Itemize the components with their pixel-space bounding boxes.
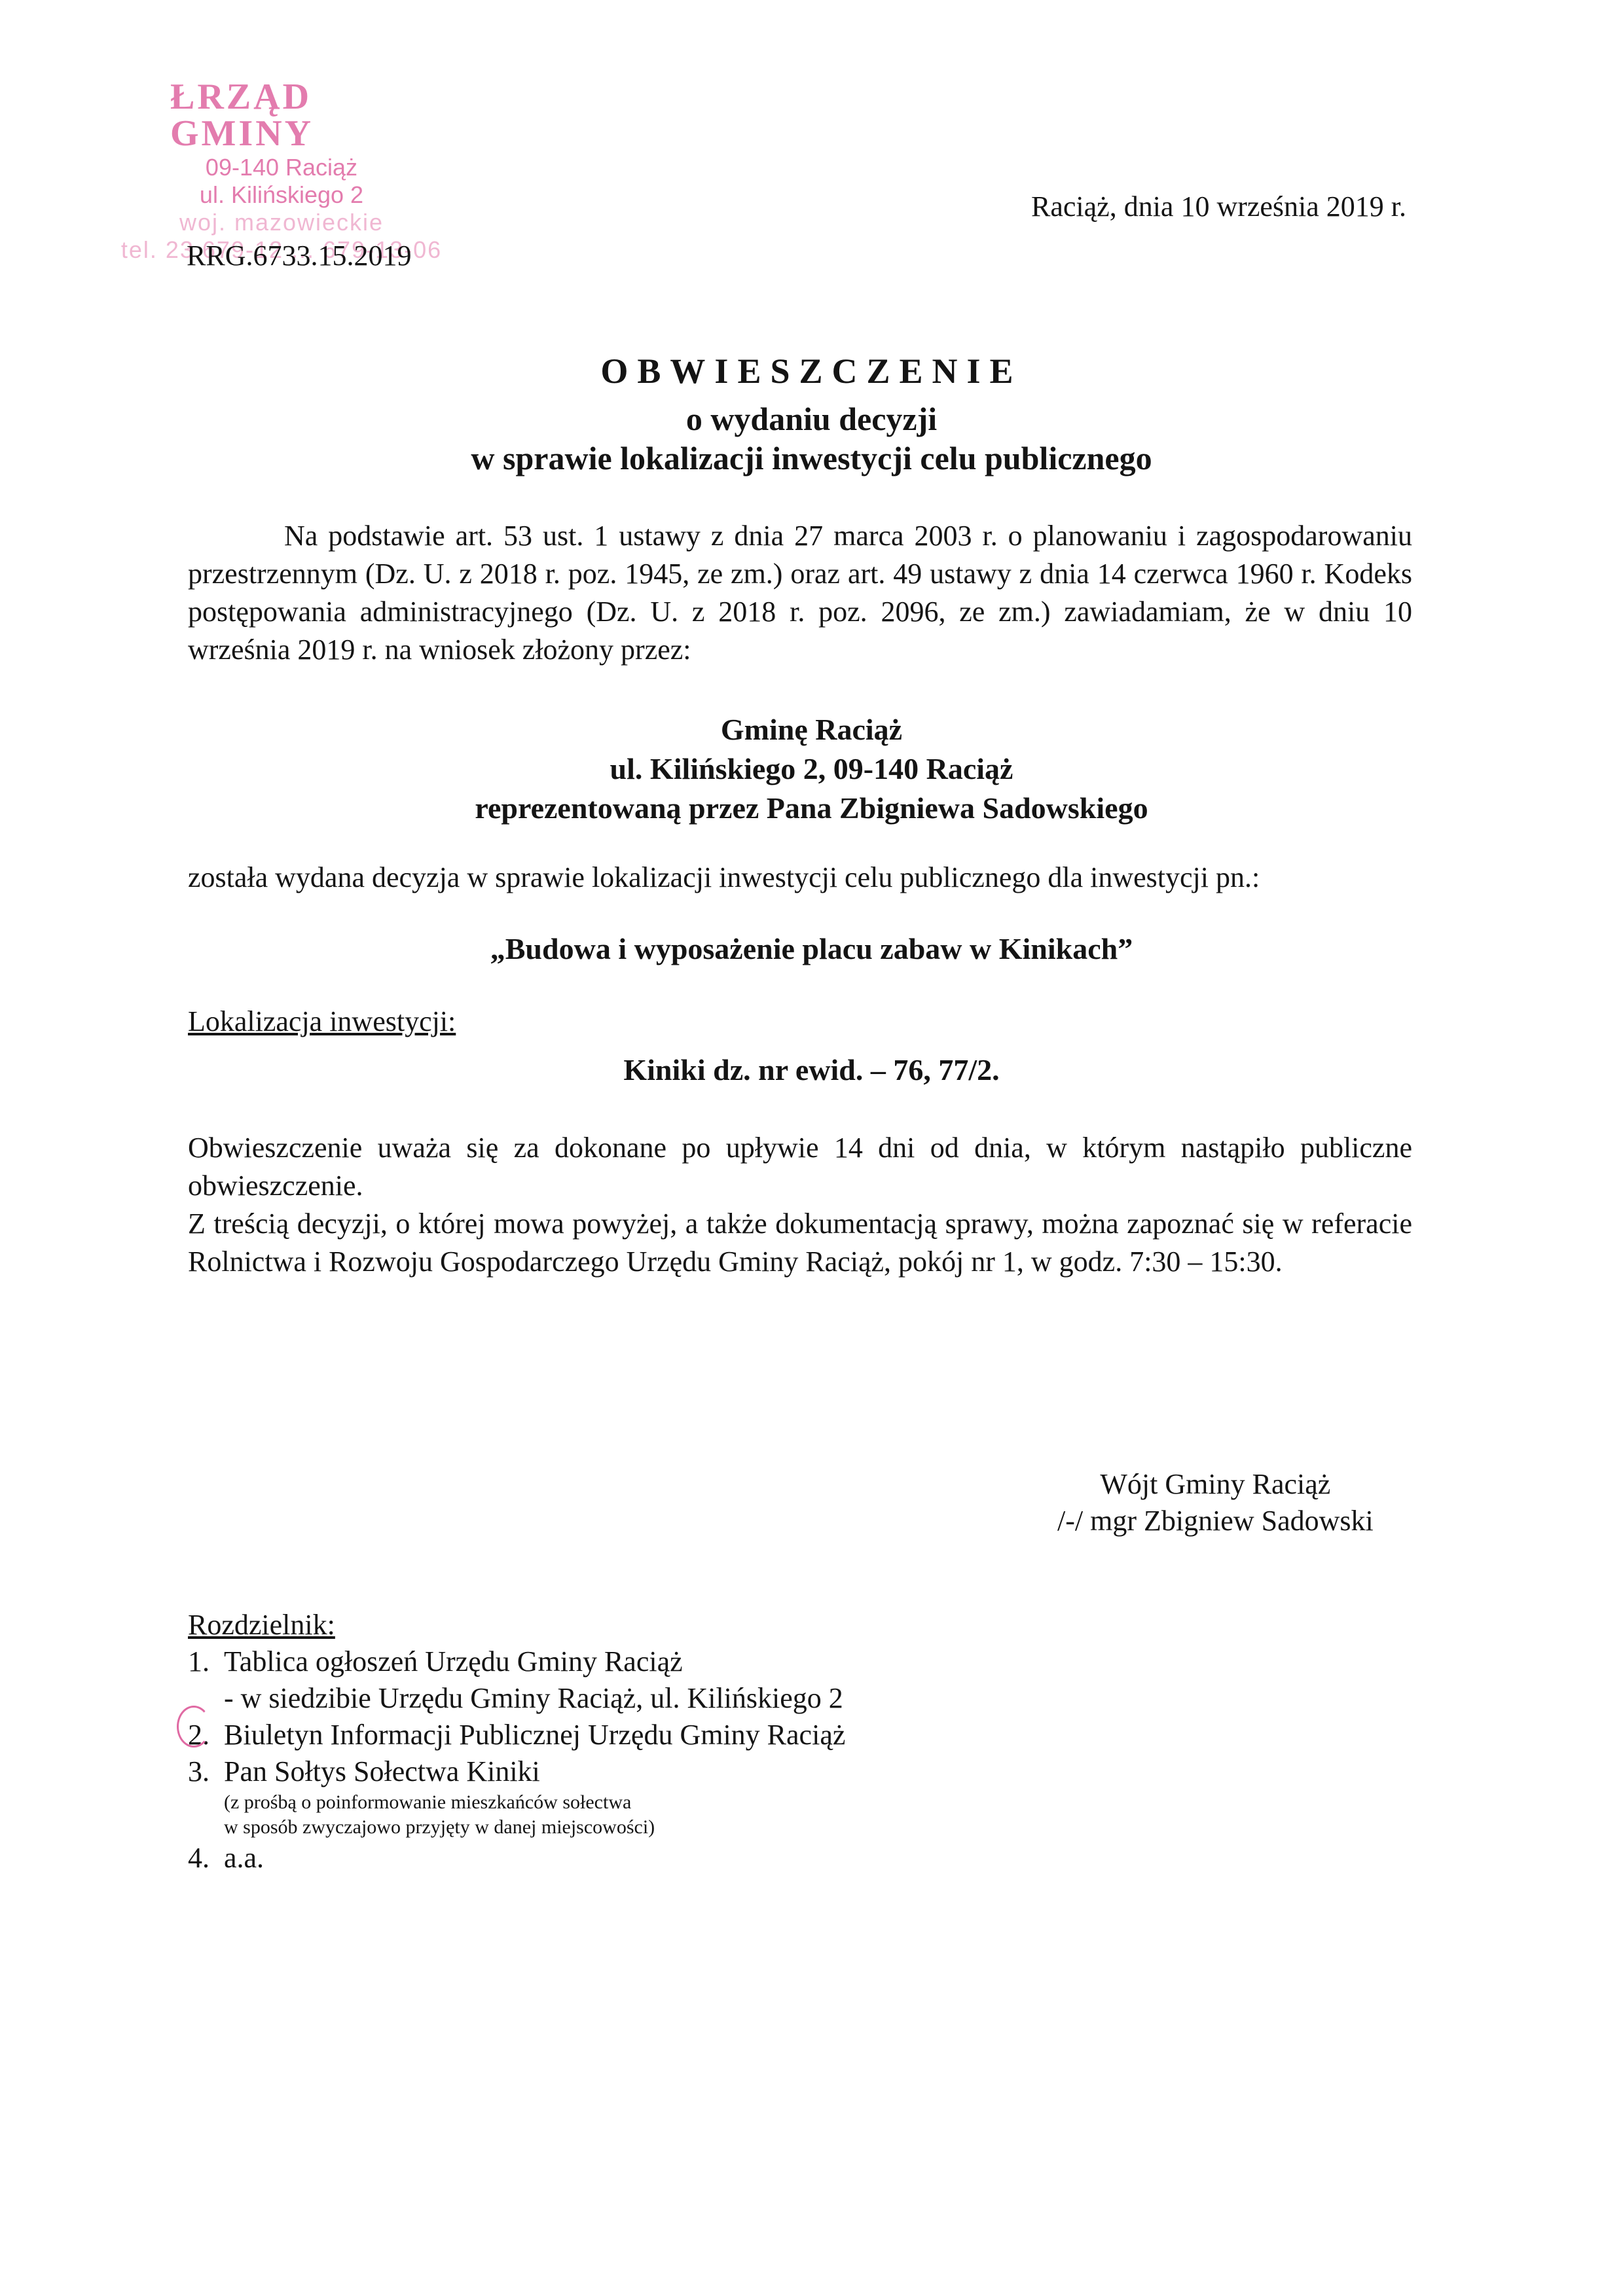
reference-number: RRG.6733.15.2019 [187,239,411,272]
closing-paragraph-2: Z treścią decyzji, o której mowa powyżej… [188,1205,1412,1281]
stamp-line-street: ul. Kilińskiego 2 [98,183,465,207]
item-number: 3. [188,1753,224,1790]
item-text: Tablica ogłoszeń Urzędu Gminy Raciąż [224,1643,683,1680]
distribution-heading: Rozdzielnik: [188,1607,845,1643]
legal-basis-paragraph: Na podstawie art. 53 ust. 1 ustawy z dni… [188,517,1412,669]
place-date: Raciąż, dnia 10 września 2019 r. [1031,190,1406,223]
closing-paragraph-1: Obwieszczenie uważa się za dokonane po u… [188,1129,1412,1205]
closing-block: Obwieszczenie uważa się za dokonane po u… [188,1129,1412,1281]
item-number: 1. [188,1643,224,1680]
distribution-list: Rozdzielnik: 1. Tablica ogłoszeń Urzędu … [188,1607,845,1876]
signature-block: Wójt Gminy Raciąż /-/ mgr Zbigniew Sadow… [1057,1466,1374,1539]
applicant-name: Gminę Raciąż [0,710,1623,749]
item-note-2: w sposób zwyczajowo przyjęty w danej mie… [188,1815,845,1840]
investment-name: „Budowa i wyposażenie placu zabaw w Kini… [0,929,1623,969]
location-value: Kiniki dz. nr ewid. – 76, 77/2. [0,1050,1623,1090]
document-title: OBWIESZCZENIE [0,350,1623,393]
stamp-line-region: woj. mazowieckie [98,211,465,234]
item-subtext: - w siedzibie Urzędu Gminy Raciąż, ul. K… [188,1680,845,1717]
document-subtitle-2: w sprawie lokalizacji inwestycji celu pu… [0,439,1623,478]
distribution-item: 4. a.a. [188,1840,845,1876]
item-text: a.a. [224,1840,264,1876]
item-text: Biuletyn Informacji Publicznej Urzędu Gm… [224,1717,845,1753]
signature-name: /-/ mgr Zbigniew Sadowski [1057,1503,1374,1539]
handwritten-circle-mark [177,1706,211,1748]
distribution-item: 1. Tablica ogłoszeń Urzędu Gminy Raciąż [188,1643,845,1680]
office-stamp: ŁRZĄD GMINY 09-140 Raciąż ul. Kilińskieg… [98,79,465,262]
location-label: Lokalizacja inwestycji: [188,1005,456,1038]
stamp-title: ŁRZĄD GMINY [170,79,465,152]
decision-paragraph: została wydana decyzja w sprawie lokaliz… [188,859,1412,897]
item-number: 4. [188,1840,224,1876]
applicant-address: ul. Kilińskiego 2, 09-140 Raciąż [0,749,1623,789]
item-text: Pan Sołtys Sołectwa Kiniki [224,1753,540,1790]
item-note-1: (z prośbą o poinformowanie mieszkańców s… [188,1790,845,1815]
distribution-item: 3. Pan Sołtys Sołectwa Kiniki [188,1753,845,1790]
applicant-representative: reprezentowaną przez Pana Zbigniewa Sado… [0,789,1623,828]
stamp-line-postcode: 09-140 Raciąż [98,156,465,179]
distribution-item: 2. Biuletyn Informacji Publicznej Urzędu… [188,1717,845,1753]
document-subtitle-1: o wydaniu decyzji [0,399,1623,439]
signature-title: Wójt Gminy Raciąż [1057,1466,1374,1503]
applicant-block: Gminę Raciąż ul. Kilińskiego 2, 09-140 R… [0,710,1623,828]
